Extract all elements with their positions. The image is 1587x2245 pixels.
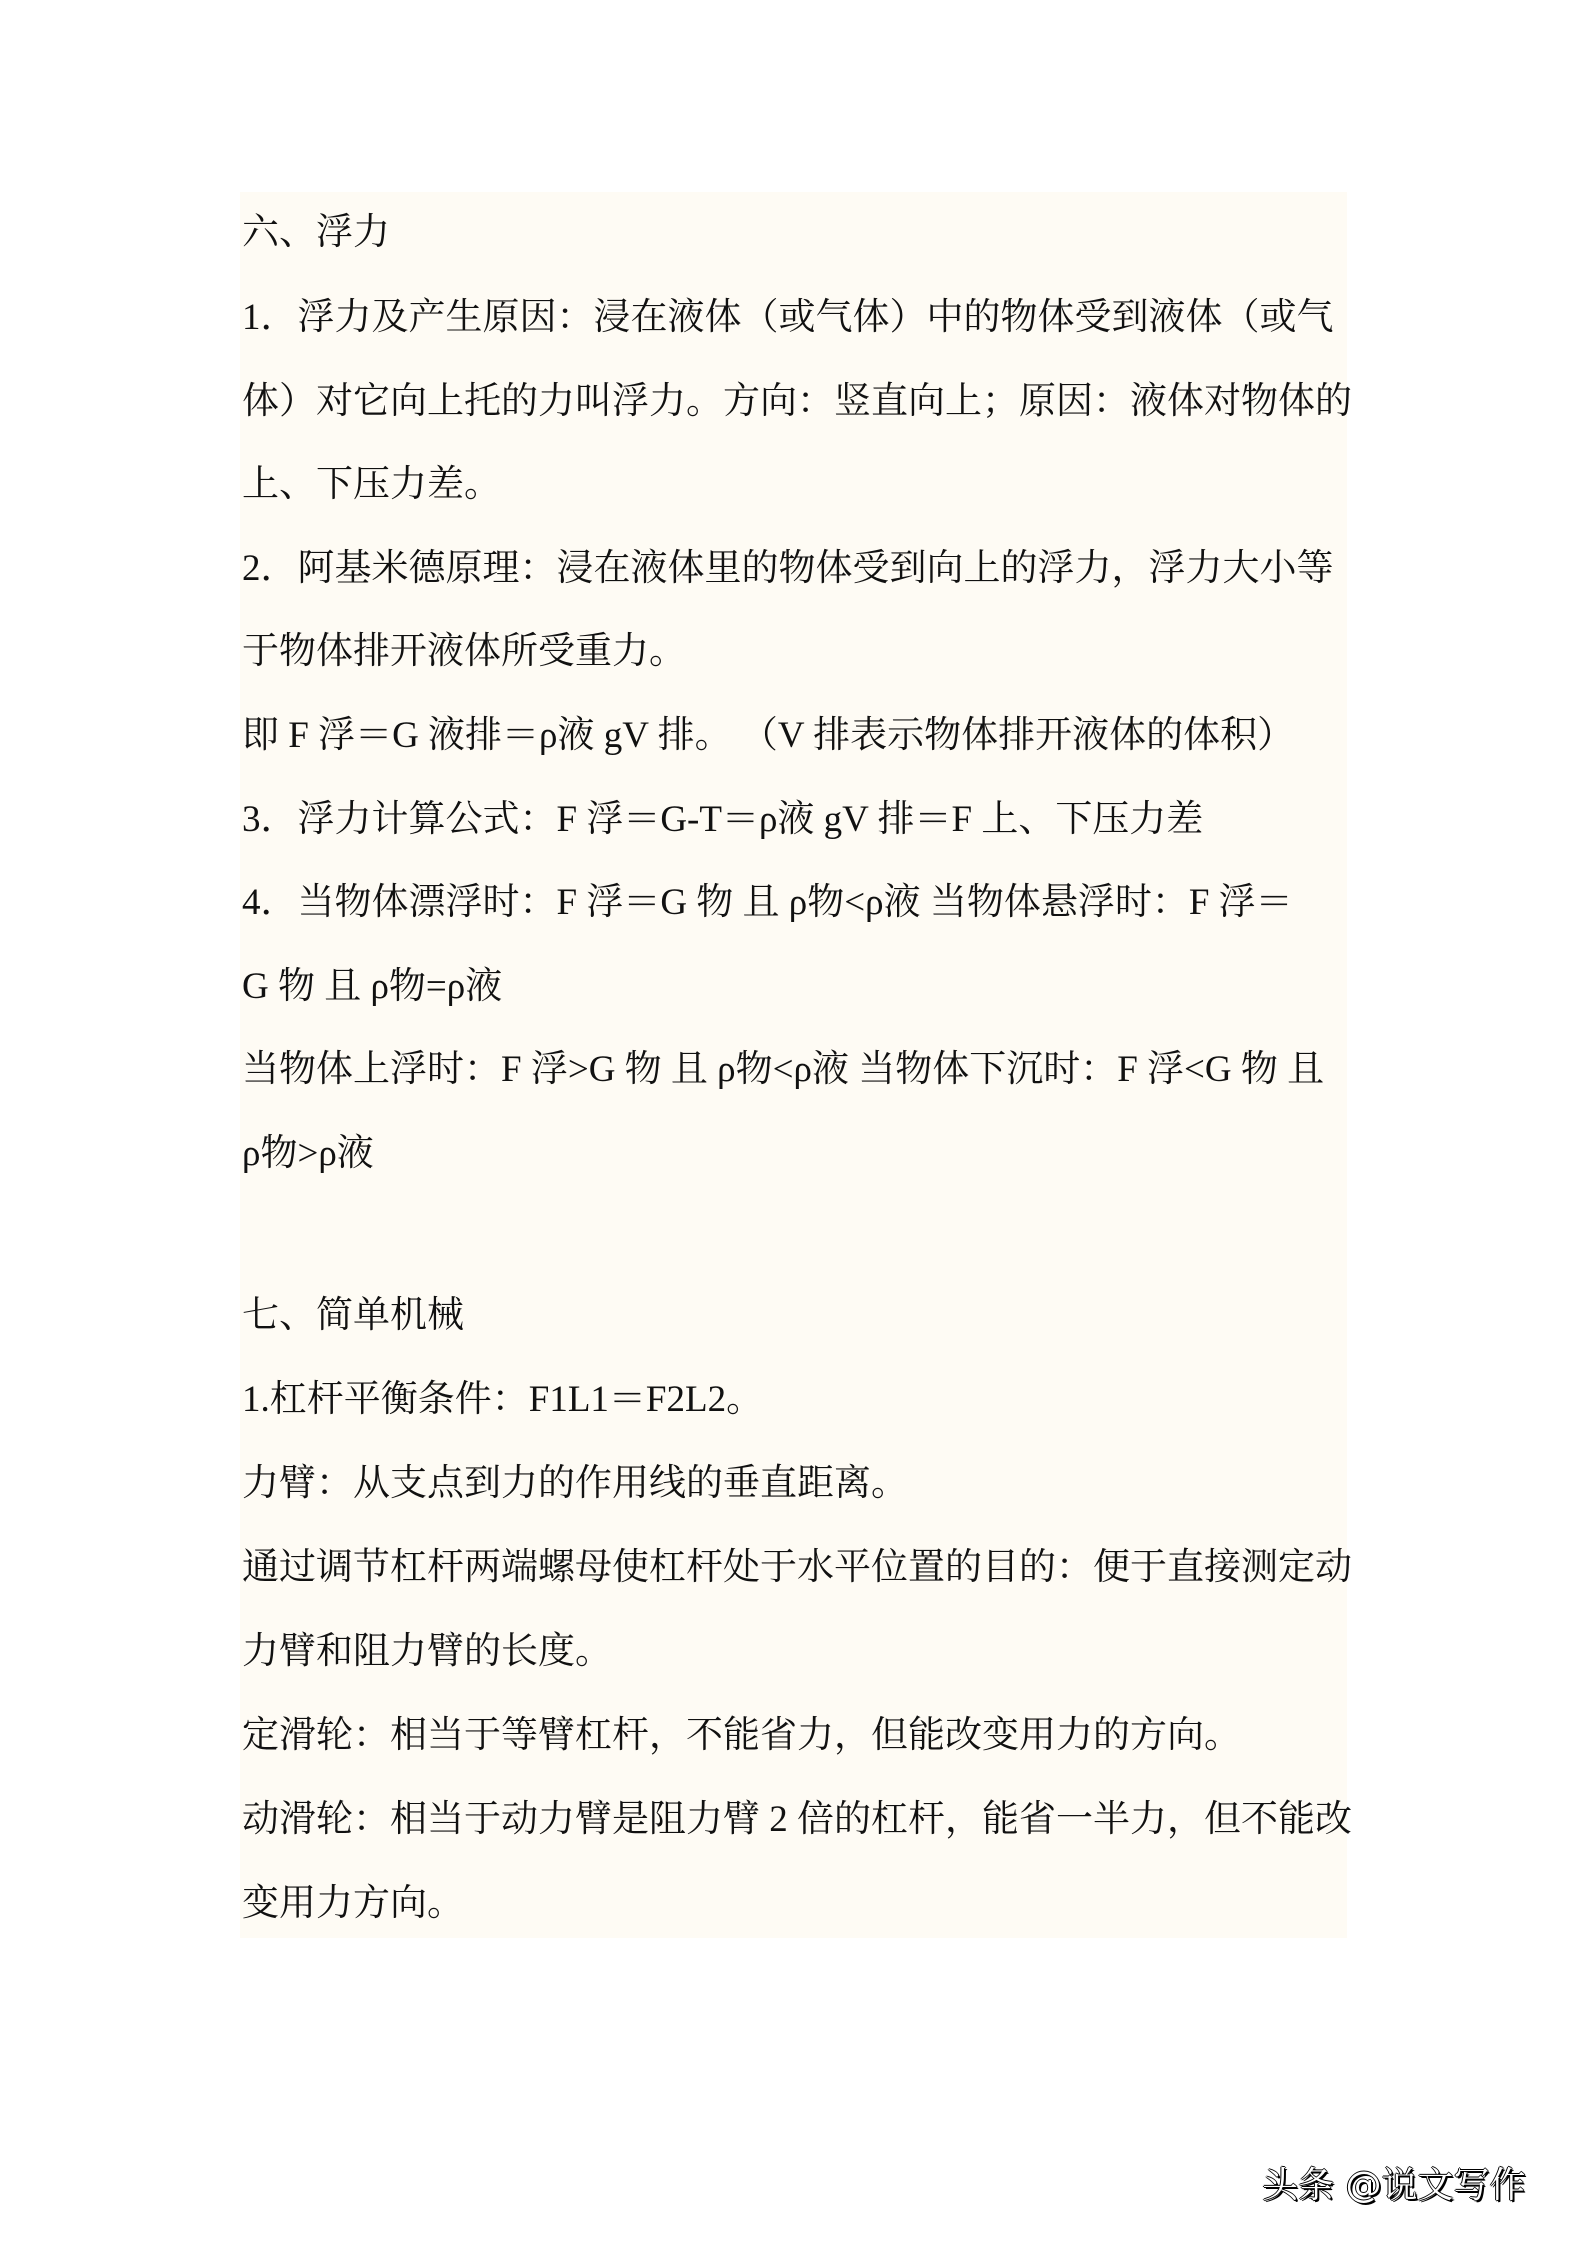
section-heading-buoyancy: 六、浮力 (242, 191, 390, 275)
formula-line: G 物 且 ρ物=ρ液 (242, 945, 502, 1029)
text-line: 力臂：从支点到力的作用线的垂直距离。 (242, 1442, 908, 1526)
text-line: 1．浮力及产生原因：浸在液体（或气体）中的物体受到液体（或气 (242, 276, 1334, 360)
formula-line: 4．当物体漂浮时：F 浮＝G 物 且 ρ物<ρ液 当物体悬浮时：F 浮＝ (242, 861, 1293, 945)
formula-line: 即 F 浮＝G 液排＝ρ液 gV 排。 （V 排表示物体排开液体的体积） (242, 694, 1294, 778)
text-line: 体）对它向上托的力叫浮力。方向：竖直向上；原因：液体对物体的 (242, 360, 1352, 444)
section-heading-simple-machines: 七、简单机械 (242, 1274, 464, 1358)
watermark-text: 头条 @说文写作 (1262, 2162, 1525, 2210)
text-line: 上、下压力差。 (242, 443, 501, 527)
formula-line: 当物体上浮时：F 浮>G 物 且 ρ物<ρ液 当物体下沉时：F 浮<G 物 且 (242, 1028, 1324, 1112)
text-line: 动滑轮：相当于动力臂是阻力臂 2 倍的杠杆，能省一半力，但不能改 (242, 1778, 1352, 1862)
formula-line: 1.杠杆平衡条件：F1L1＝F2L2。 (242, 1358, 763, 1442)
text-line: 定滑轮：相当于等臂杠杆，不能省力，但能改变用力的方向。 (242, 1694, 1241, 1778)
text-line: 力臂和阻力臂的长度。 (242, 1610, 612, 1694)
text-line: 通过调节杠杆两端螺母使杠杆处于水平位置的目的：便于直接测定动 (242, 1526, 1352, 1610)
text-line: 变用力方向。 (242, 1862, 464, 1946)
formula-line: 3．浮力计算公式：F 浮＝G-T＝ρ液 gV 排＝F 上、下压力差 (242, 778, 1203, 862)
formula-line: ρ物>ρ液 (242, 1112, 374, 1196)
text-line: 2．阿基米德原理：浸在液体里的物体受到向上的浮力，浮力大小等 (242, 527, 1334, 611)
text-line: 于物体排开液体所受重力。 (242, 610, 686, 694)
